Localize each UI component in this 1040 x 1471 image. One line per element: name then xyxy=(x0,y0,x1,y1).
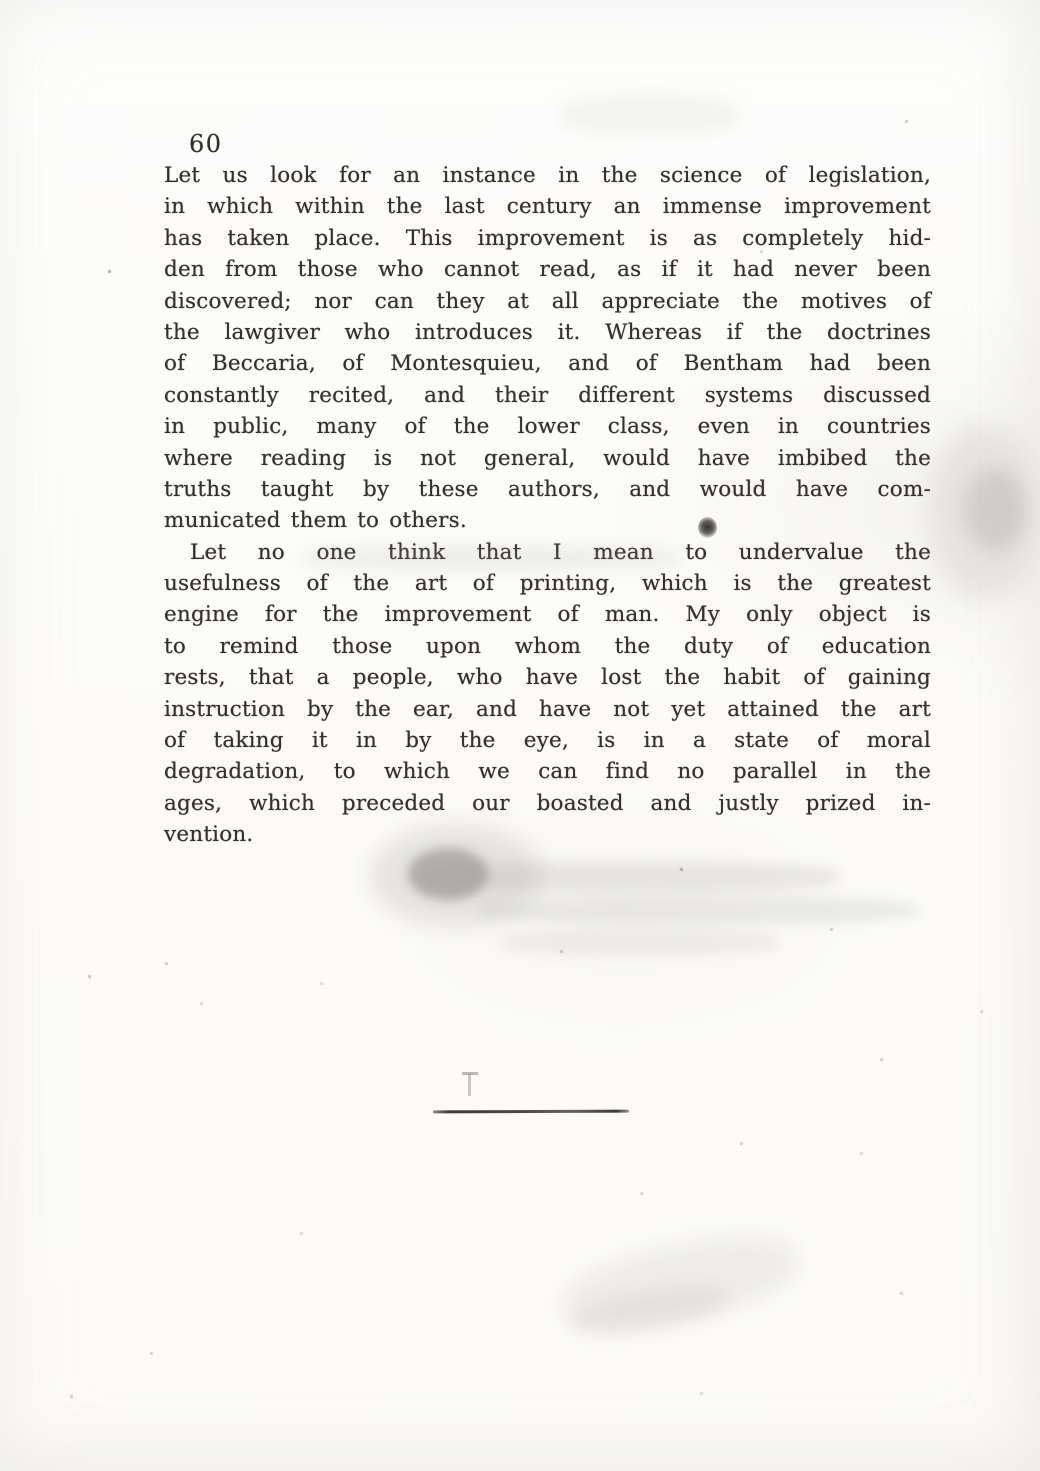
text-line: ages, which preceded our boasted and jus… xyxy=(164,788,931,819)
scan-stain xyxy=(560,95,740,135)
text-line: has taken place. This improvement is as … xyxy=(164,223,931,254)
faint-pen-mark xyxy=(462,1072,478,1075)
text-line: truths taught by these authors, and woul… xyxy=(164,474,931,505)
text-line: degradation, to which we can find no par… xyxy=(164,756,931,787)
text-line: to remind those upon whom the duty of ed… xyxy=(164,631,931,662)
text-line: Let no one think that I mean to underval… xyxy=(164,537,931,568)
text-line: instruction by the ear, and have not yet… xyxy=(164,694,931,725)
scan-stain xyxy=(555,1221,805,1344)
bleed-through-streak xyxy=(420,862,840,892)
text-line: in public, many of the lower class, even… xyxy=(164,411,931,442)
paragraph: Let us look for an instance in the scien… xyxy=(164,160,931,537)
text-line: vention. xyxy=(164,819,931,850)
text-line: usefulness of the art of printing, which… xyxy=(164,568,931,599)
scan-stain xyxy=(408,848,488,900)
paragraph: Let no one think that I mean to underval… xyxy=(164,537,931,851)
page-number: 60 xyxy=(189,130,223,158)
section-divider-rule xyxy=(433,1110,629,1114)
body-text: Let us look for an instance in the scien… xyxy=(164,160,931,851)
bleed-through-streak xyxy=(480,896,920,924)
text-line: den from those who cannot read, as if it… xyxy=(164,254,931,285)
scan-stain xyxy=(965,470,1025,550)
text-line: rests, that a people, who have lost the … xyxy=(164,662,931,693)
ink-blot-artifact xyxy=(698,517,717,538)
text-line: discovered; nor can they at all apprecia… xyxy=(164,286,931,317)
scan-stain xyxy=(930,425,1035,600)
scan-stain xyxy=(568,1276,733,1343)
scan-specks xyxy=(0,0,3,3)
text-line: Let us look for an instance in the scien… xyxy=(164,160,931,191)
text-line: municated them to others. xyxy=(164,505,931,536)
text-line: in which within the last century an imme… xyxy=(164,191,931,222)
text-line: where reading is not general, would have… xyxy=(164,443,931,474)
text-line: engine for the improvement of man. My on… xyxy=(164,599,931,630)
text-line: of Beccaria, of Montesquieu, and of Bent… xyxy=(164,348,931,379)
bleed-through-streak xyxy=(500,930,780,954)
text-line: constantly recited, and their different … xyxy=(164,380,931,411)
scanned-book-page: 60 Let us look for an instance in the sc… xyxy=(0,0,1040,1471)
text-line: the lawgiver who introduces it. Whereas … xyxy=(164,317,931,348)
text-line: of taking it in by the eye, is in a stat… xyxy=(164,725,931,756)
